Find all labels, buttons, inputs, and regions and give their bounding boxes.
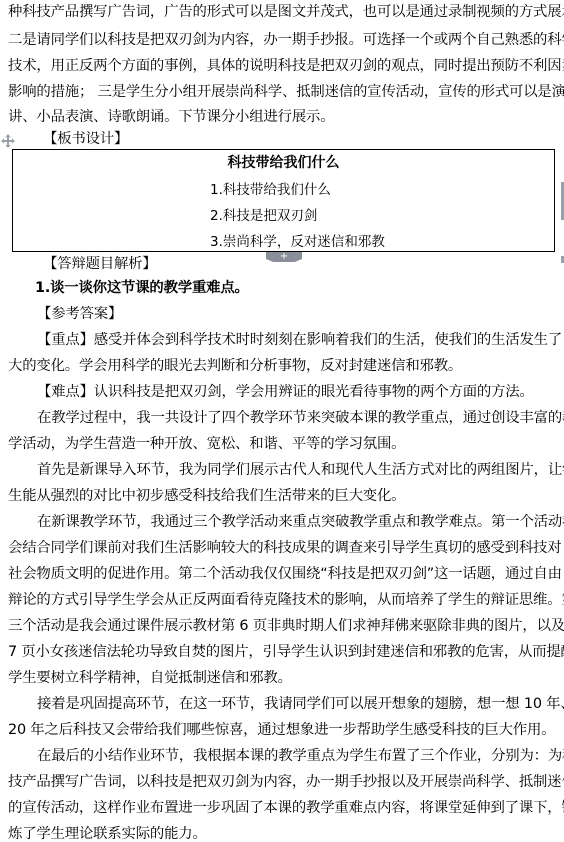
body-line: 7 页小女孩迷信法轮功导致自焚的图片，引导学生认识到封建迷信和邪教的危害，从而提… bbox=[8, 642, 564, 662]
paragraph-line: 二是请同学们以科技是把双刃剑为内容，办一期手抄报。可选择一个或两个自己熟悉的科学 bbox=[8, 30, 564, 50]
body-line: 【重点】感受并体会到科学技术时时刻刻在影响着我们的生活，使我们的生活发生了巨 bbox=[37, 330, 564, 350]
paragraph-line: 讲、小品表演、诗歌朗诵。下节课分小组进行展示。 bbox=[8, 107, 334, 127]
reference-heading: 【参考答案】 bbox=[37, 304, 122, 324]
body-line: 在教学过程中，我一共设计了四个教学环节来突破本课的教学重点，通过创设丰富的教 bbox=[37, 408, 564, 428]
board-title: 科技带给我们什么 bbox=[13, 152, 554, 172]
body-line: 在最后的小结作业环节，我根据本课的教学重点为学生布置了三个作业，分别为：为科 bbox=[37, 746, 564, 766]
body-line: 学生要树立科学精神，自觉抵制迷信和邪教。 bbox=[8, 668, 292, 688]
body-line: 【难点】认识科技是把双刃剑，学会用辨证的眼光看待事物的两个方面的方法。 bbox=[37, 382, 534, 402]
board-item: 3.崇尚科学，反对迷信和邪教 bbox=[210, 230, 385, 250]
body-line: 学活动，为学生营造一种开放、宽松、和谐、平等的学习氛围。 bbox=[8, 434, 405, 454]
paragraph-line: 影响的措施； 三是学生分小组开展崇尚科学、抵制迷信的宣传活动，宣传的形式可以是演 bbox=[8, 82, 564, 102]
paragraph-line: 种科技产品撰写广告词，广告的形式可以是图文并茂式，也可以是通过录制视频的方式展示… bbox=[8, 2, 564, 22]
board-item: 2.科技是把双刃剑 bbox=[210, 204, 317, 224]
body-line: 20 年之后科技又会带给我们哪些惊喜，通过想象进一步帮助学生感受科技的巨大作用。 bbox=[8, 720, 555, 740]
body-line: 的宣传活动，这样作业布置进一步巩固了本课的教学重难点内容，将课堂延伸到了课下，锻 bbox=[8, 798, 564, 818]
body-line: 生能从强烈的对比中初步感受科技给我们生活带来的巨大变化。 bbox=[8, 486, 405, 506]
question: 1.谈一谈你这节课的教学重难点。 bbox=[35, 278, 249, 298]
body-line: 技产品撰写广告词，以科技是把双刃剑为内容，办一期手抄报以及开展崇尚科学、抵制迷信 bbox=[8, 772, 564, 792]
answer-heading: 【答辩题目解析】 bbox=[43, 254, 157, 274]
body-line: 炼了学生理论联系实际的能力。 bbox=[8, 824, 207, 842]
board-design-table[interactable]: 科技带给我们什么 1.科技带给我们什么 2.科技是把双刃剑 3.崇尚科学，反对迷… bbox=[12, 149, 555, 252]
body-line: 大的变化。学会用科学的眼光去判断和分析事物，反对封建迷信和邪教。 bbox=[8, 356, 462, 376]
table-move-handle-icon[interactable] bbox=[1, 134, 15, 148]
body-line: 首先是新课导入环节，我为同学们展示古代人和现代人生活方式对比的两组图片，让学 bbox=[37, 460, 564, 480]
add-row-button[interactable]: + bbox=[266, 252, 302, 262]
body-line: 接着是巩固提高环节，在这一环节，我请同学们可以展开想象的翅膀，想一想 10 年、 bbox=[37, 694, 564, 714]
body-line: 辩论的方式引导学生学会从正反两面看待克隆技术的影响，从而培养了学生的辩证思维。第 bbox=[8, 590, 564, 610]
body-line: 社会物质文明的促进作用。第二个活动我仅仅围绕“科技是把双刃剑”这一话题，通过自由 bbox=[8, 564, 562, 584]
board-item: 1.科技带给我们什么 bbox=[210, 178, 331, 198]
body-line: 会结合同学们课前对我们生活影响较大的科技成果的调查来引导学生真切的感受到科技对 bbox=[8, 538, 561, 558]
board-design-heading: 【板书设计】 bbox=[43, 129, 128, 149]
paragraph-line: 技术，用正反两个方面的事例，具体的说明科技是把双刃剑的观点，同时提出预防不利因素 bbox=[8, 56, 564, 76]
body-line: 三个活动是我会通过课件展示教材第 6 页非典时期人们求神拜佛来驱除非典的图片，以… bbox=[8, 616, 564, 636]
body-line: 在新课教学环节，我通过三个教学活动来重点突破教学重点和教学难点。第一个活动我 bbox=[37, 512, 564, 532]
